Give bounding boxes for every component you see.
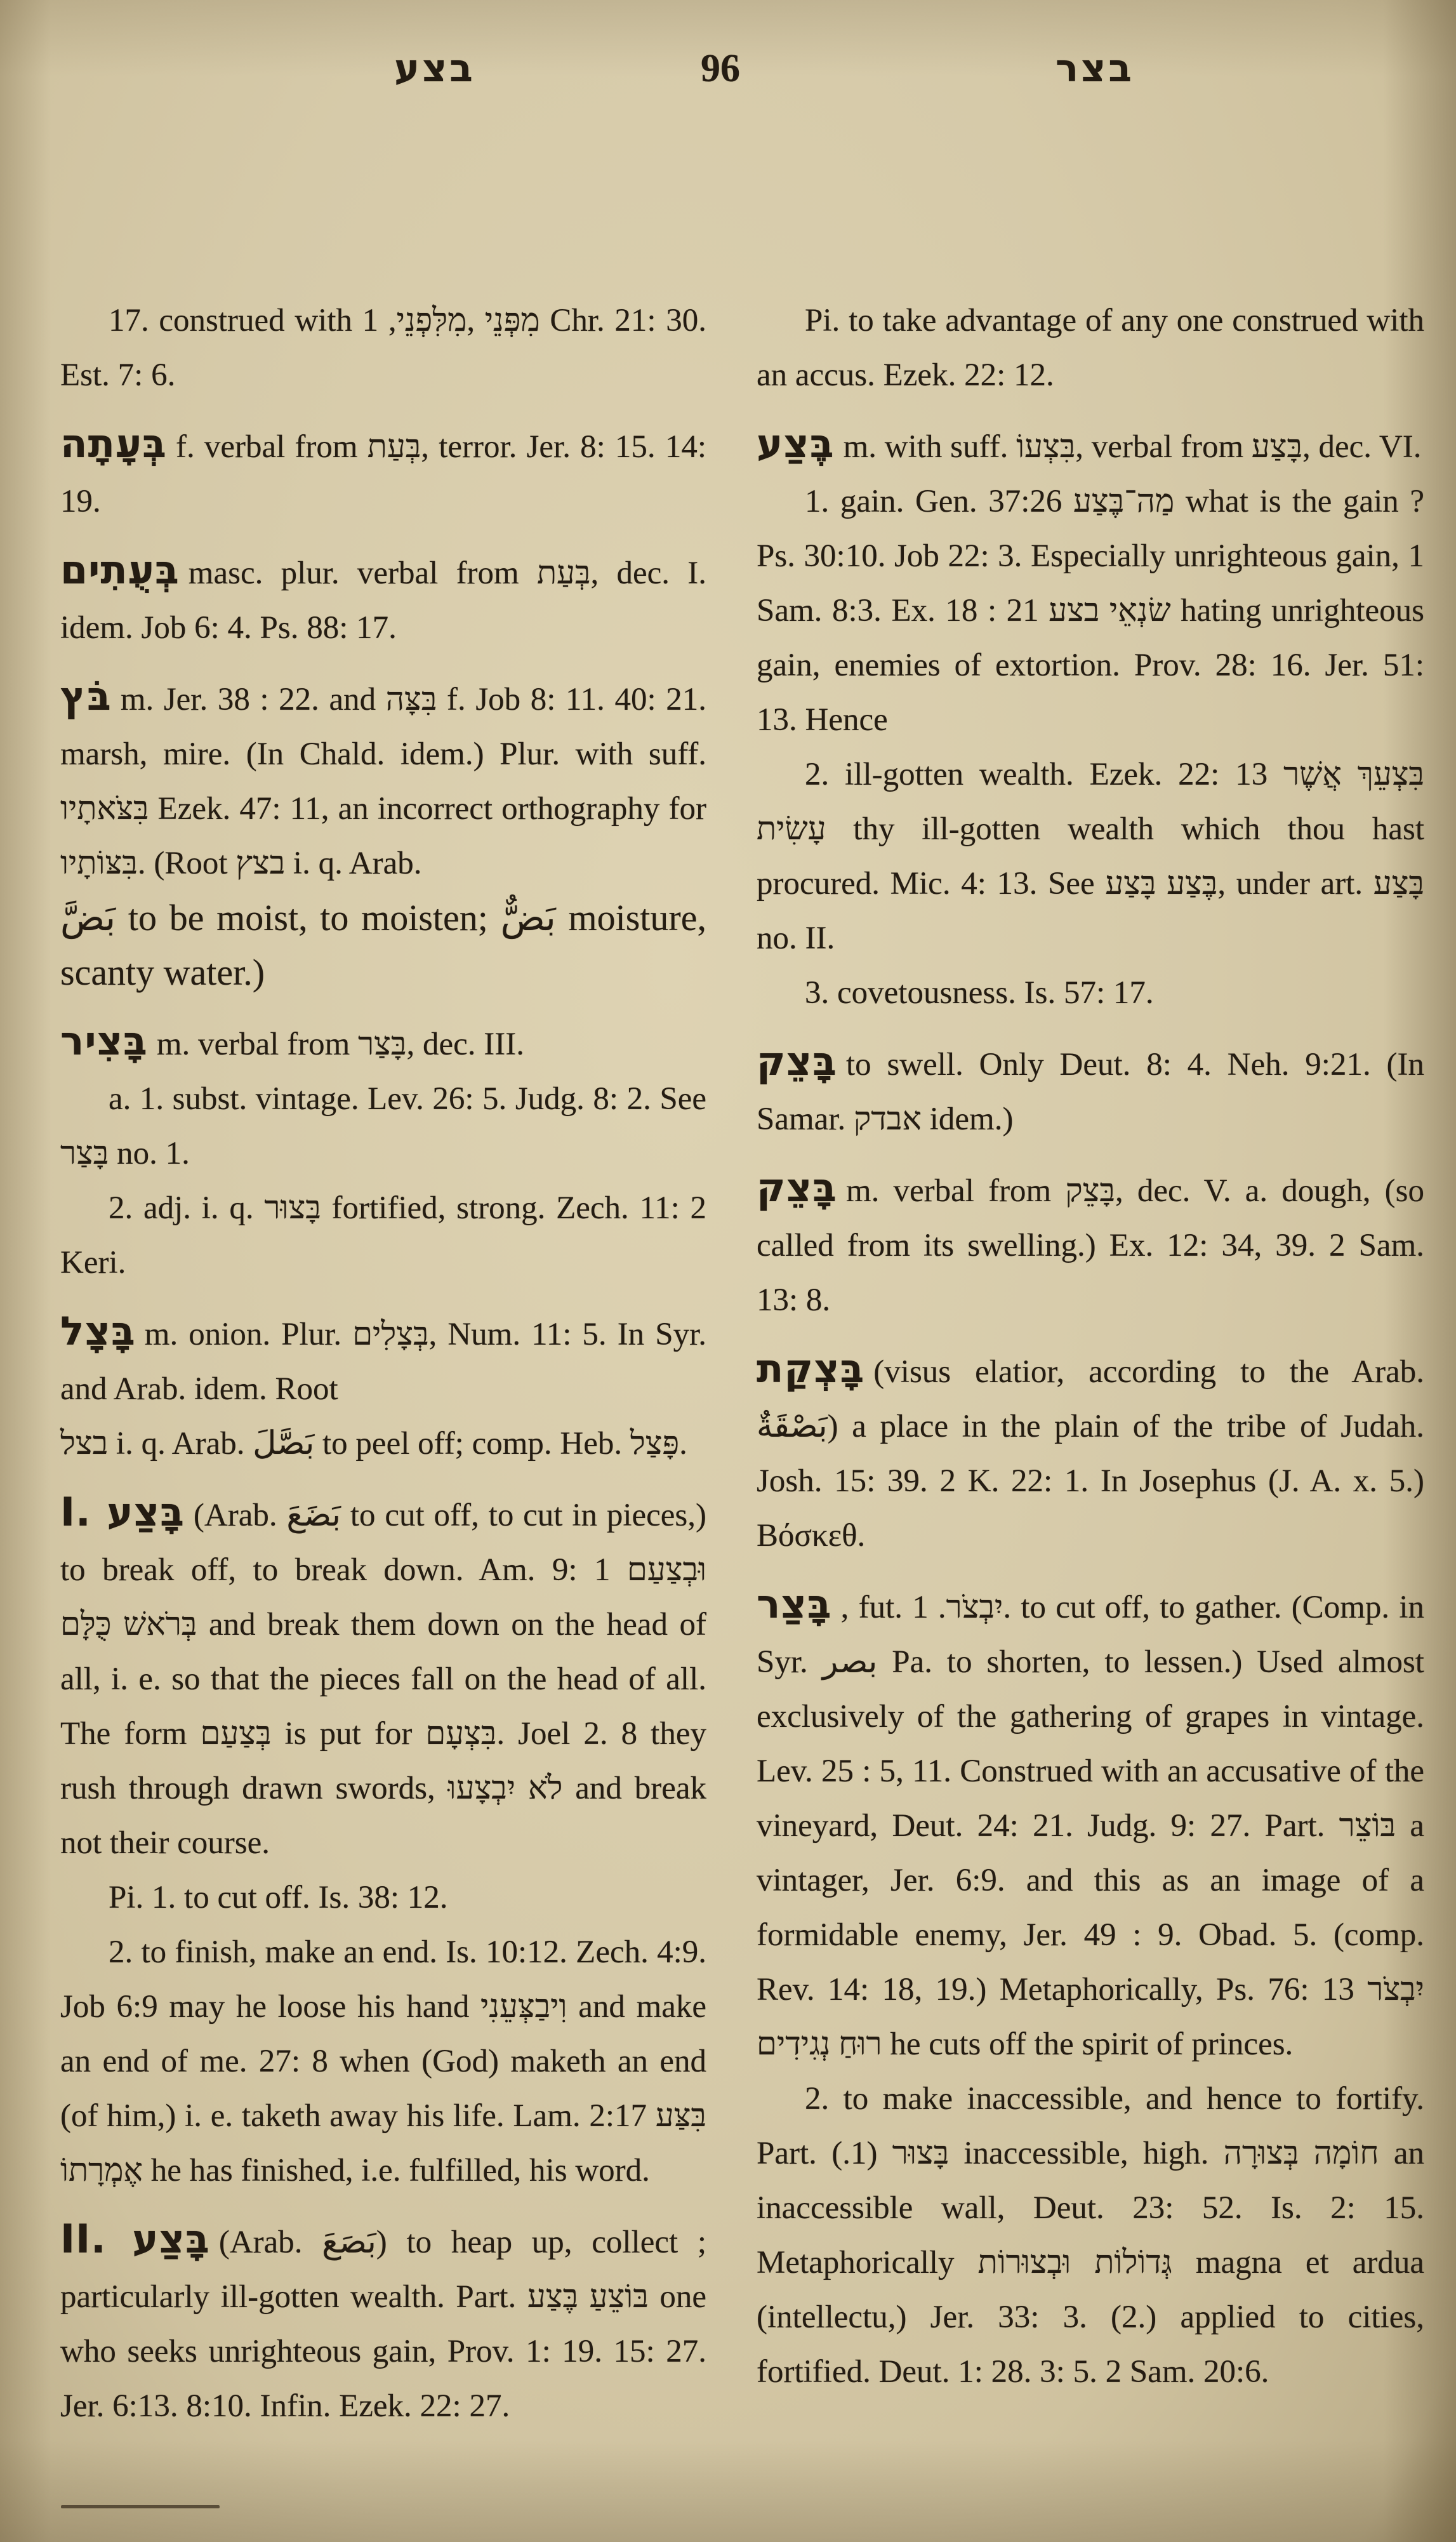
entry-paragraph: I. בָּצַע(Arab. بَضَعَ to cut off, to cu… bbox=[60, 1485, 706, 1870]
entry-paragraph: 17. construed with מִפְּנֵי ,מִלִּפְנֵי,… bbox=[60, 293, 706, 403]
hebrew-headword: בָּצְקַת bbox=[757, 1345, 864, 1392]
entry-paragraph: Pi. to take advantage of any one constru… bbox=[757, 293, 1424, 403]
hebrew-headword: I. בָּצַע bbox=[60, 1489, 185, 1535]
header-word-left: בצע bbox=[352, 37, 517, 100]
entry-paragraph: בָּצַר, fut. יִבְצֹר. 1. to cut off, to … bbox=[757, 1577, 1424, 2072]
entry-paragraph: Pi. 1. to cut off. Is. 38: 12. bbox=[60, 1870, 706, 1925]
entry-paragraph: בָּצָלm. onion. Plur. בְּצָלִים, Num. 11… bbox=[60, 1304, 706, 1416]
entry-paragraph: בָּצְקַת(visus elatior, according to the… bbox=[757, 1341, 1424, 1563]
entry-paragraph: בְּעָתָהf. verbal from בְּעַת, terror. J… bbox=[60, 416, 706, 529]
entry-paragraph: בָּצֵקm. verbal from בָּצֵק, dec. V. a. … bbox=[757, 1161, 1424, 1328]
entry-paragraph: a. 1. subst. vintage. Lev. 26: 5. Judg. … bbox=[60, 1072, 706, 1181]
hebrew-headword: בְּעָתָה bbox=[60, 420, 167, 467]
entry-paragraph: 2. adj. i. q. בָּצוּר fortified, strong.… bbox=[60, 1181, 706, 1290]
entry-paragraph: 2. to make inaccessible, and hence to fo… bbox=[757, 2072, 1424, 2399]
hebrew-headword: בָּצַר bbox=[757, 1581, 832, 1627]
entry-paragraph: II. בָּצַע(Arab. بَصَعَ) to heap up, col… bbox=[60, 2212, 706, 2433]
entry-paragraph: בֹּץm. Jer. 38 : 22. and בִּצָּה f. Job … bbox=[60, 669, 706, 891]
lexicon-page-scan: בצע 96 בצר 17. construed with מִפְּנֵי ,… bbox=[0, 0, 1456, 2542]
entry-paragraph: 3. covetousness. Is. 57: 17. bbox=[757, 966, 1424, 1020]
hebrew-headword: II. בָּצַע bbox=[60, 2216, 210, 2262]
entry-paragraph: בָּצֵקto swell. Only Deut. 8: 4. Neh. 9:… bbox=[757, 1034, 1424, 1147]
header-word-right: בצר bbox=[1012, 37, 1177, 100]
entry-paragraph: בָּצִירm. verbal from בָּצַר, dec. III. bbox=[60, 1014, 706, 1072]
right-column: Pi. to take advantage of any one constru… bbox=[757, 293, 1424, 2399]
hebrew-headword: בְּעֻתִים bbox=[60, 547, 180, 593]
hebrew-headword: בָּצֵק bbox=[757, 1038, 837, 1084]
signature-rule bbox=[61, 2505, 220, 2508]
running-header: בצע 96 בצר bbox=[0, 37, 1456, 107]
entry-paragraph: 1. gain. Gen. 37:26 מַה־בֶּצַע what is t… bbox=[757, 474, 1424, 747]
hebrew-headword: בָּצָל bbox=[60, 1308, 136, 1354]
entry-paragraph: בְּעֻתִיםmasc. plur. verbal from בְּעַת,… bbox=[60, 543, 706, 655]
arabic-gloss-line: بَضَّ to be moist, to moisten; بَضٌّ moi… bbox=[60, 891, 706, 1000]
hebrew-headword: בָּצֵק bbox=[757, 1164, 837, 1211]
left-column: 17. construed with מִפְּנֵי ,מִלִּפְנֵי,… bbox=[60, 293, 706, 2433]
entry-paragraph: בצל i. q. Arab. بَصَّلَ to peel off; com… bbox=[60, 1416, 706, 1471]
hebrew-headword: בֶּצַע bbox=[757, 420, 835, 467]
entry-paragraph: בֶּצַעm. with suff. בִּצְעוֹ, verbal fro… bbox=[757, 416, 1424, 474]
hebrew-headword: בֹּץ bbox=[60, 673, 112, 719]
page-number: 96 bbox=[651, 37, 790, 100]
entry-paragraph: 2. ill-gotten wealth. Ezek. 22: 13 בִּצְ… bbox=[757, 747, 1424, 966]
hebrew-headword: בָּצִיר bbox=[60, 1018, 148, 1064]
entry-paragraph: 2. to finish, make an end. Is. 10:12. Ze… bbox=[60, 1925, 706, 2198]
